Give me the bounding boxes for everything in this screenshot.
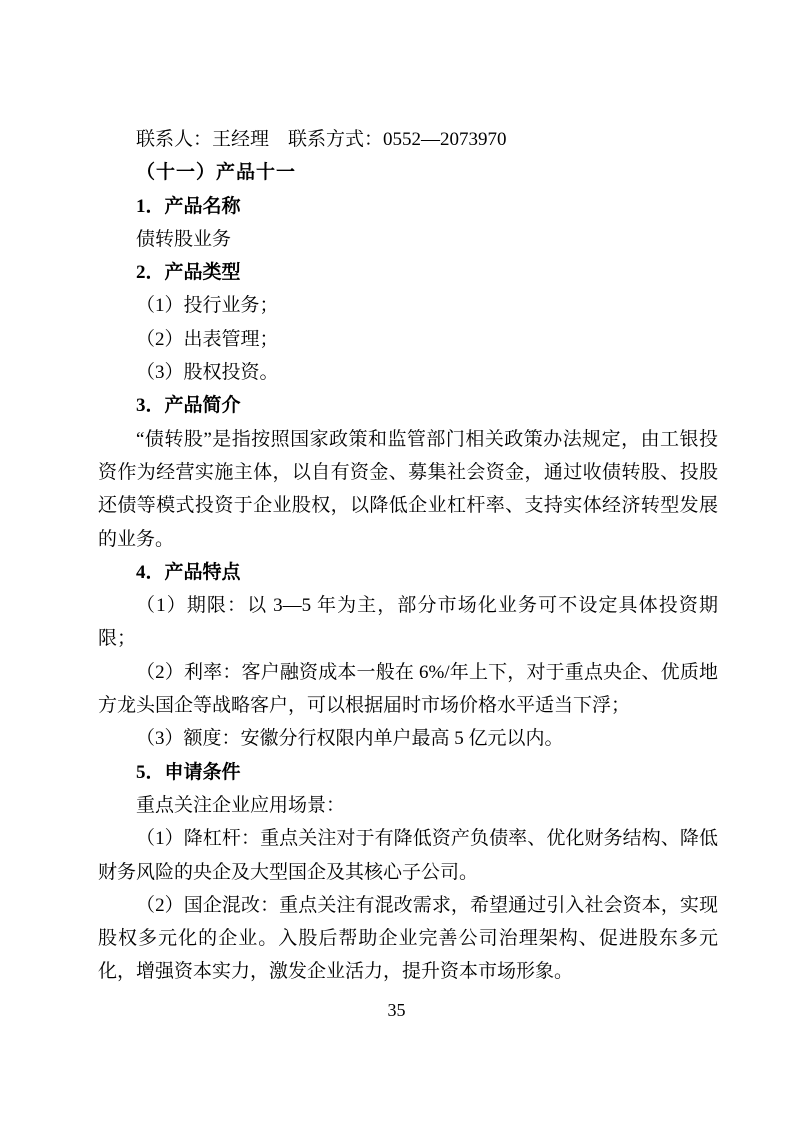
body-paragraph: （3）股权投资。 [98,356,718,389]
document-page: 联系人：王经理 联系方式：0552—2073970（十一）产品十一1．产品名称债… [0,0,793,1122]
body-paragraph: “债转股”是指按照国家政策和监管部门相关政策办法规定，由工银投资作为经营实施主体… [98,423,718,556]
body-paragraph: （2）出表管理； [98,323,718,356]
body-paragraph: 联系人：王经理 联系方式：0552—2073970 [98,123,718,156]
page-number: 35 [0,998,793,1022]
body-paragraph: （2）国企混改：重点关注有混改需求，希望通过引入社会资本，实现股权多元化的企业。… [98,889,718,989]
numbered-heading: 4．产品特点 [98,556,718,589]
chapter-heading: （十一）产品十一 [98,156,718,189]
body-paragraph: （1）期限：以 3—5 年为主，部分市场化业务可不设定具体投资期限； [98,589,718,656]
body-paragraph: 重点关注企业应用场景： [98,789,718,822]
numbered-heading: 1．产品名称 [98,190,718,223]
body-paragraph: （3）额度：安徽分行权限内单户最高 5 亿元以内。 [98,722,718,755]
numbered-heading: 3．产品简介 [98,389,718,422]
numbered-heading: 5．申请条件 [98,756,718,789]
body-paragraph: 债转股业务 [98,223,718,256]
document-body: 联系人：王经理 联系方式：0552—2073970（十一）产品十一1．产品名称债… [98,123,718,989]
numbered-heading: 2．产品类型 [98,256,718,289]
body-paragraph: （2）利率：客户融资成本一般在 6%/年上下，对于重点央企、优质地方龙头国企等战… [98,656,718,723]
body-paragraph: （1）降杠杆：重点关注对于有降低资产负债率、优化财务结构、降低财务风险的央企及大… [98,822,718,889]
body-paragraph: （1）投行业务； [98,289,718,322]
